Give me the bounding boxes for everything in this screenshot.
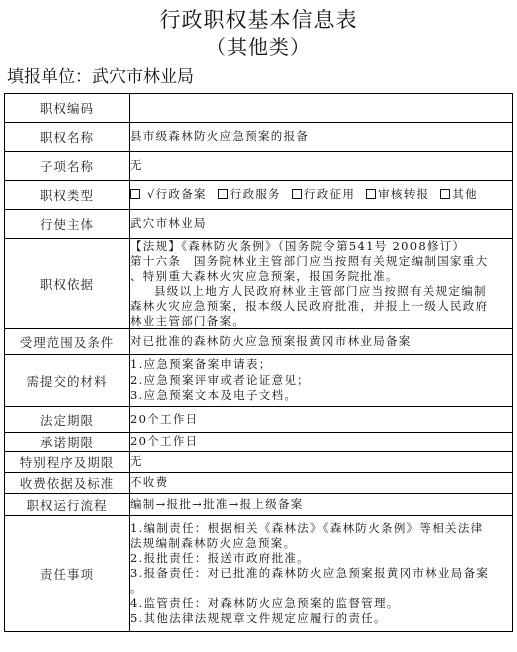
table-row-body: 行使主体 武穴市林业局 [5,210,513,239]
table-row-legal-limit: 法定期限 20个工作日 [5,407,513,433]
table-row-promise-limit: 承诺期限 20个工作日 [5,433,513,452]
responsibility-item: 3.报备责任：对已批准的森林防火应急预案报黄冈市林业局备案 [130,566,512,581]
basis-line: 县级以上地方人民政府林业主管部门应当按照有关规定编制 [130,284,512,299]
value-code [130,94,513,123]
value-materials: 1.应急预案备案申请表； 2.应急预案评审或者论证意见； 3.应急预案文本及电子… [130,355,513,407]
value-sub-item: 无 [130,152,513,181]
table-row-name: 职权名称 县市级森林防火应急预案的报备 [5,123,513,152]
label-name: 职权名称 [5,123,130,152]
table-row-special: 特别程序及期限 无 [5,452,513,473]
value-body: 武穴市林业局 [130,210,513,239]
checkbox-icon [218,189,228,199]
value-responsibility: 1.编制责任：根据相关《森林法》《森林防火条例》等相关法律 法规编制森林防火应急… [130,516,513,632]
material-item: 1.应急预案备案申请表； [130,357,512,373]
responsibility-item: 。 [130,581,512,596]
table-row-type: 职权类型 √行政备案 行政服务 行政征用 审核转报 其他 [5,181,513,210]
basis-line: 森林火灾应急预案，报本级人民政府批准，并报上一级人民政府 [130,299,512,314]
info-table: 职权编码 职权名称 县市级森林防火应急预案的报备 子项名称 无 职权类型 √行政… [4,93,513,632]
value-flow: 编制→报批→批准→报上级备案 [130,494,513,516]
table-row-scope: 受理范围及条件 对已批准的森林防火应急预案报黄冈市林业局备案 [5,329,513,355]
responsibility-item: 1.编制责任：根据相关《森林法》《森林防火条例》等相关法律 [130,521,512,536]
type-option-other[interactable]: 其他 [440,187,478,203]
type-option-admin-filing[interactable]: √行政备案 [130,187,207,203]
type-option-review-forward[interactable]: 审核转报 [366,187,429,203]
responsibility-item: 法规编制森林防火应急预案。 [130,536,512,551]
value-scope: 对已批准的森林防火应急预案报黄冈市林业局备案 [130,329,513,355]
value-fee: 不收费 [130,473,513,494]
label-special: 特别程序及期限 [5,452,130,473]
label-promise-limit: 承诺期限 [5,433,130,452]
value-basis: 【法规】《森林防火条例》（国务院令第541号 2008修订） 第十六条 国务院林… [130,239,513,329]
label-materials: 需提交的材料 [5,355,130,407]
material-item: 2.应急预案评审或者论证意见； [130,373,512,389]
checkbox-icon [130,189,140,199]
table-row-responsibility: 责任事项 1.编制责任：根据相关《森林法》《森林防火条例》等相关法律 法规编制森… [5,516,513,632]
label-fee: 收费依据及标准 [5,473,130,494]
label-legal-limit: 法定期限 [5,407,130,433]
material-item: 3.应急预案文本及电子文档。 [130,388,512,404]
label-flow: 职权运行流程 [5,494,130,516]
table-row-basis: 职权依据 【法规】《森林防火条例》（国务院令第541号 2008修订） 第十六条… [5,239,513,329]
value-promise-limit: 20个工作日 [130,433,513,452]
value-special: 无 [130,452,513,473]
label-code: 职权编码 [5,94,130,123]
document-title: 行政职权基本信息表 [0,8,517,32]
document-subtitle: （其他类） [0,35,517,59]
table-row-code: 职权编码 [5,94,513,123]
basis-line: 【法规】《森林防火条例》（国务院令第541号 2008修订） [130,239,512,254]
type-option-admin-requisition[interactable]: 行政征用 [292,187,355,203]
basis-line: 第十六条 国务院林业主管部门应当按照有关规定编制国家重大 [130,254,512,269]
label-body: 行使主体 [5,210,130,239]
value-legal-limit: 20个工作日 [130,407,513,433]
reporting-unit: 填报单位：武穴市林业局 [7,66,194,88]
checkbox-icon [440,189,450,199]
table-row-flow: 职权运行流程 编制→报批→批准→报上级备案 [5,494,513,516]
value-type: √行政备案 行政服务 行政征用 审核转报 其他 [130,181,513,210]
checkbox-icon [292,189,302,199]
label-type: 职权类型 [5,181,130,210]
table-row-fee: 收费依据及标准 不收费 [5,473,513,494]
table-row-materials: 需提交的材料 1.应急预案备案申请表； 2.应急预案评审或者论证意见； 3.应急… [5,355,513,407]
responsibility-item: 4.监管责任：对森林防火应急预案的监督管理。 [130,596,512,611]
table-row-sub-item: 子项名称 无 [5,152,513,181]
label-responsibility: 责任事项 [5,516,130,632]
basis-line: 林业主管部门备案。 [130,314,512,328]
checkbox-icon [366,189,376,199]
responsibility-item: 2.报批责任：报送市政府批准。 [130,551,512,566]
value-name: 县市级森林防火应急预案的报备 [130,123,513,152]
responsibility-item: 5.其他法律法规规章文件规定应履行的责任。 [130,611,512,626]
label-scope: 受理范围及条件 [5,329,130,355]
type-option-admin-service[interactable]: 行政服务 [218,187,281,203]
label-sub-item: 子项名称 [5,152,130,181]
basis-line: 、特别重大森林火灾应急预案，报国务院批准。 [130,269,512,284]
label-basis: 职权依据 [5,239,130,329]
